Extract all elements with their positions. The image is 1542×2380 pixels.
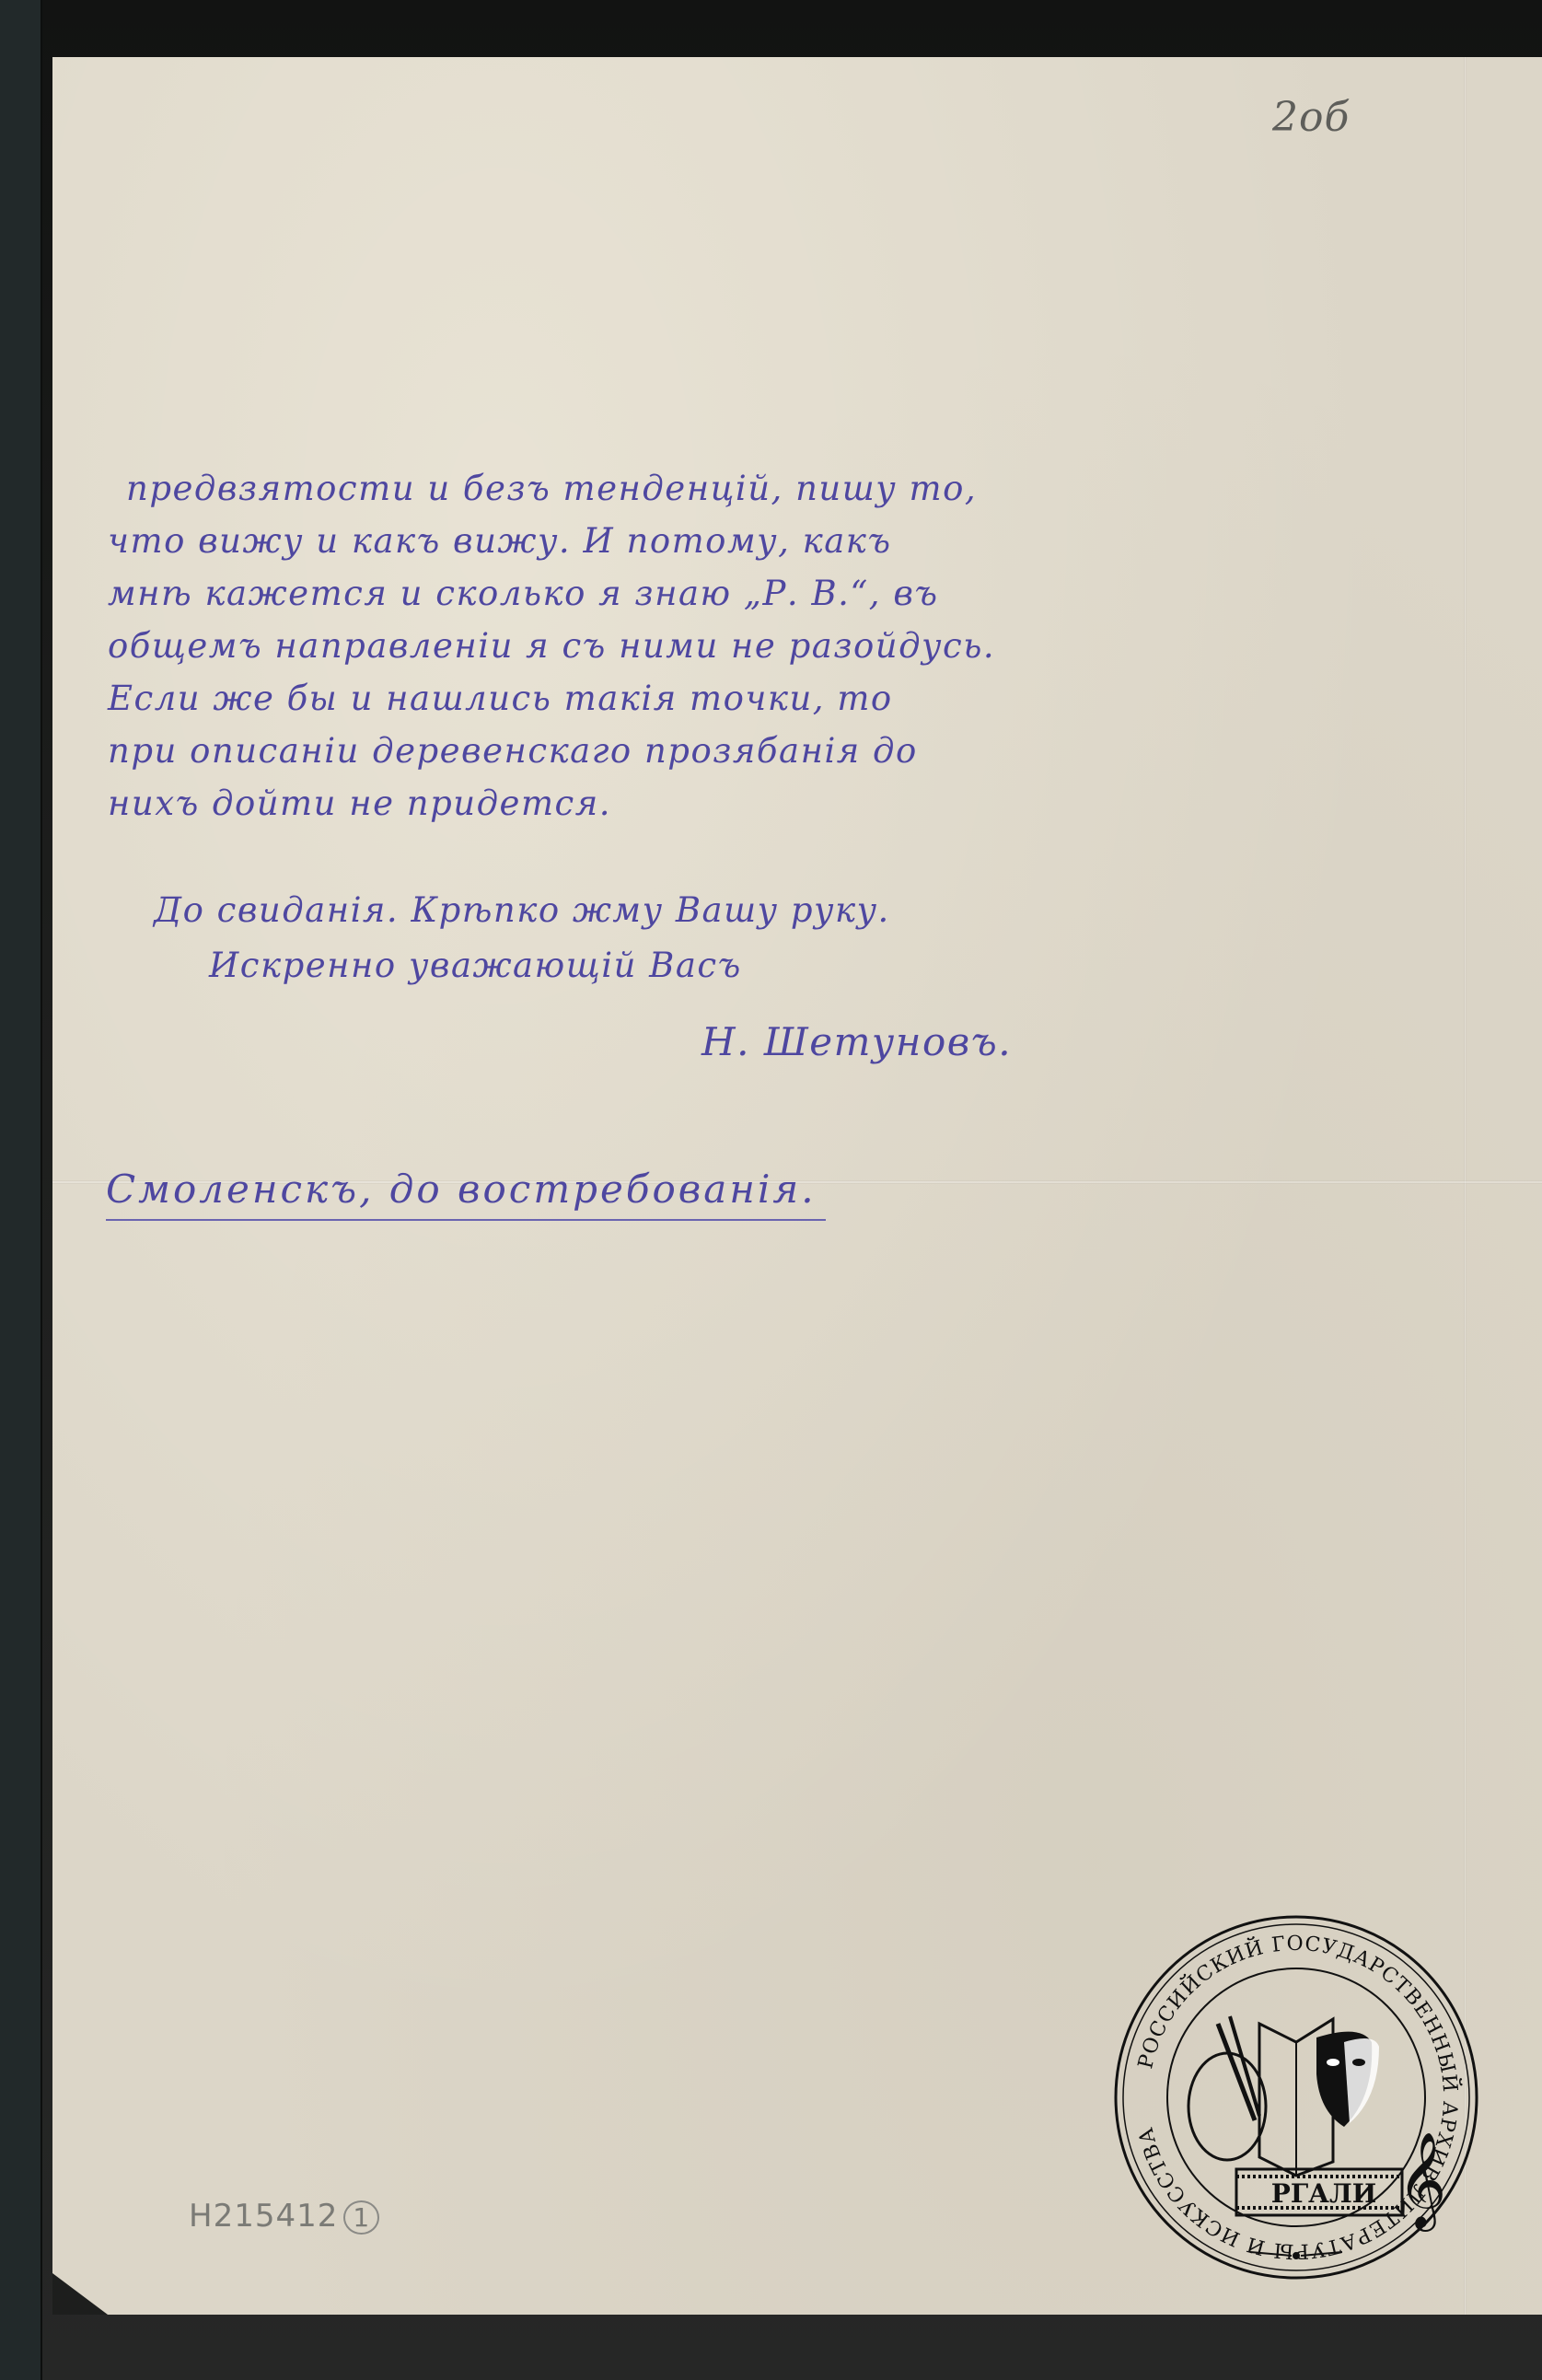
archive-pencil-note: Н2154121: [189, 2198, 379, 2235]
rgali-archive-stamp: РОССИЙСКИЙ ГОСУДАРСТВЕННЫЙ АРХИВ ЛИТЕРАТ…: [1112, 1913, 1480, 2281]
film-strip-icon: РГАЛИ: [1236, 2169, 1402, 2215]
signature: Н. Шетуновъ.: [701, 1019, 1012, 1064]
folded-corner: [52, 2273, 108, 2315]
body-line: мнѣ кажется и сколько я знаю „Р. В.“, въ: [108, 567, 995, 620]
body-line: при описанiи деревенскаго прозябанiя до: [108, 725, 995, 777]
body-line: предвзятости и безъ тенденцiй, пишу то,: [108, 462, 995, 515]
archive-code: Н215412: [189, 2198, 338, 2235]
regards-line: Искренно уважающiй Васъ: [209, 946, 742, 985]
return-address: Смоленскъ, до востребованiя.: [106, 1167, 826, 1221]
body-line: что вижу и какъ вижу. И потому, какъ: [108, 515, 995, 567]
letter-body: предвзятости и безъ тенденцiй, пишу то, …: [108, 462, 995, 830]
circled-number: 1: [343, 2200, 379, 2235]
folio-number: 2об: [1272, 94, 1350, 141]
scanner-edge: [0, 0, 42, 2380]
theatre-mask-icon: [1316, 2032, 1379, 2127]
body-line: общемъ направленiи я съ ними не разойдус…: [108, 620, 995, 672]
farewell-line: До свиданiя. Крѣпко жму Вашу руку.: [154, 890, 890, 930]
treble-clef-icon: 𝄞: [1397, 2131, 1446, 2232]
body-line: нихъ дойти не придется.: [108, 777, 995, 830]
palette-icon: [1188, 2016, 1266, 2160]
stamp-center-text: РГАЛИ: [1271, 2178, 1376, 2209]
body-line: Если же бы и нашлись такiя точки, то: [108, 672, 995, 725]
